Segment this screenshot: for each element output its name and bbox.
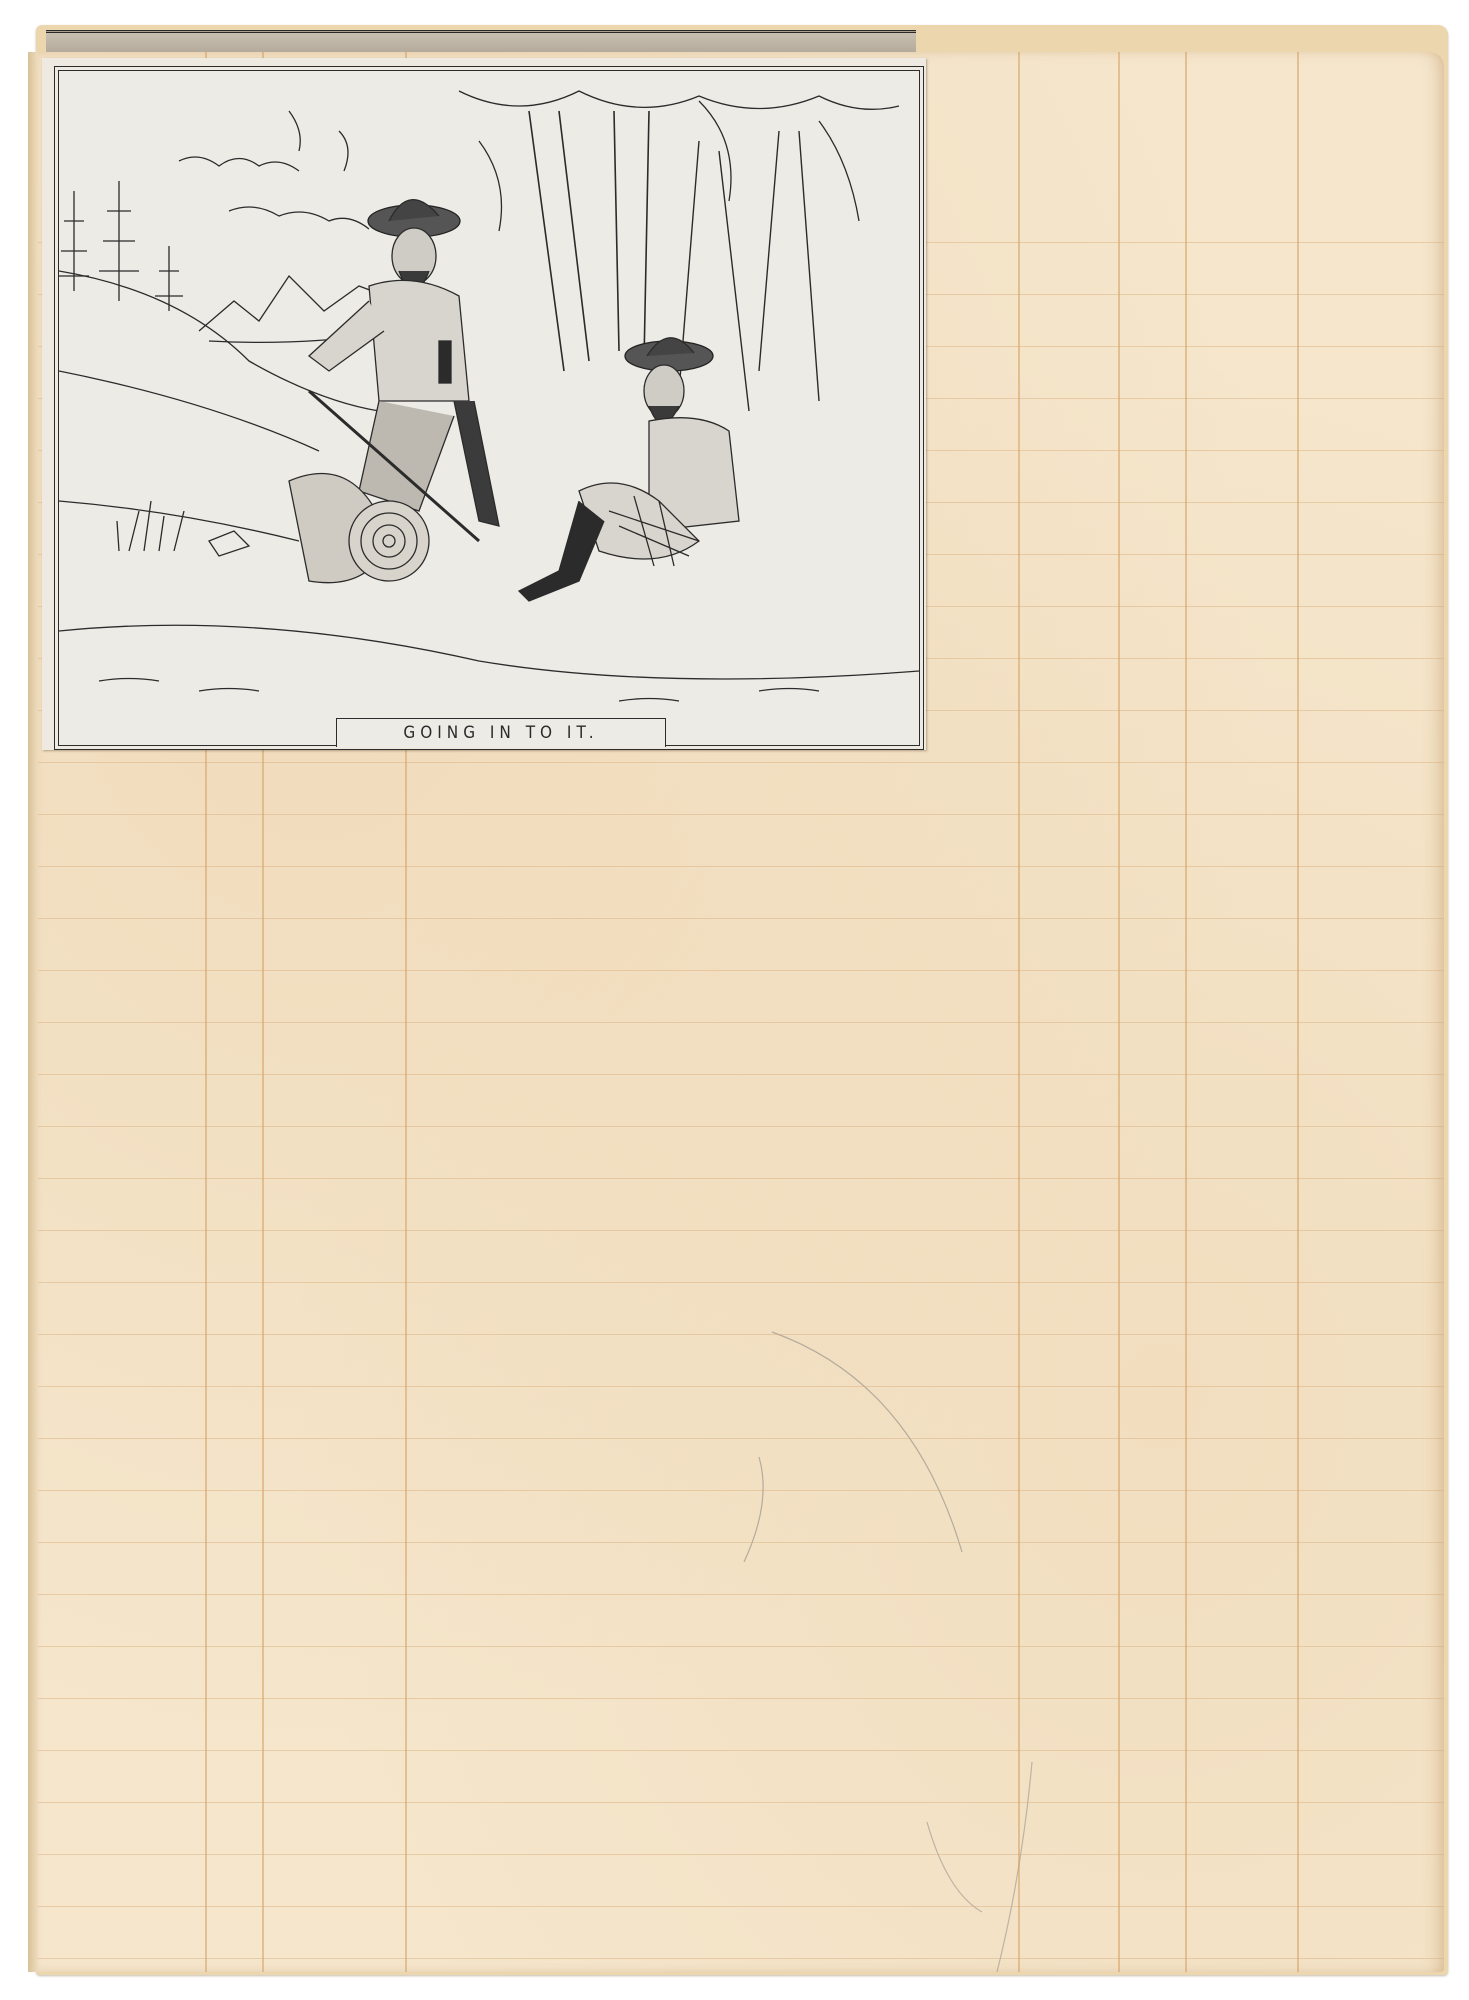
ledger-horizontal-rule [32, 1074, 1444, 1075]
ledger-horizontal-rule [32, 1230, 1444, 1231]
ledger-horizontal-rule [32, 970, 1444, 971]
ledger-horizontal-rule [32, 1490, 1444, 1491]
ledger-horizontal-rule [32, 918, 1444, 919]
ledger-horizontal-rule [32, 866, 1444, 867]
ledger-horizontal-rule [32, 1854, 1444, 1855]
ledger-horizontal-rule [32, 1906, 1444, 1907]
ledger-horizontal-rule [32, 814, 1444, 815]
ledger-horizontal-rule [32, 1178, 1444, 1179]
torn-left-edge [28, 52, 38, 1972]
ledger-horizontal-rule [32, 762, 1444, 763]
engraving-caption: GOING IN TO IT. [403, 723, 598, 743]
ledger-horizontal-rule [32, 1438, 1444, 1439]
ledger-horizontal-rule [32, 1022, 1444, 1023]
ledger-vertical-rule [1118, 52, 1120, 1972]
pasted-engraving: GOING IN TO IT. [42, 58, 926, 750]
engraving-caption-box: GOING IN TO IT. [336, 718, 666, 747]
ledger-horizontal-rule [32, 1386, 1444, 1387]
ledger-horizontal-rule [32, 1334, 1444, 1335]
ledger-horizontal-rule [32, 1958, 1444, 1959]
engraving-frame [58, 70, 920, 746]
ledger-horizontal-rule [32, 1750, 1444, 1751]
ledger-vertical-rule [1297, 52, 1299, 1972]
ledger-horizontal-rule [32, 1542, 1444, 1543]
ledger-horizontal-rule [32, 1646, 1444, 1647]
engraving-illustration [59, 71, 920, 746]
ledger-horizontal-rule [32, 1282, 1444, 1283]
ledger-vertical-rule [1018, 52, 1020, 1972]
ledger-horizontal-rule [32, 1698, 1444, 1699]
ledger-horizontal-rule [32, 1802, 1444, 1803]
ledger-vertical-rule [1185, 52, 1187, 1972]
ledger-horizontal-rule [32, 1126, 1444, 1127]
ledger-horizontal-rule [32, 1594, 1444, 1595]
